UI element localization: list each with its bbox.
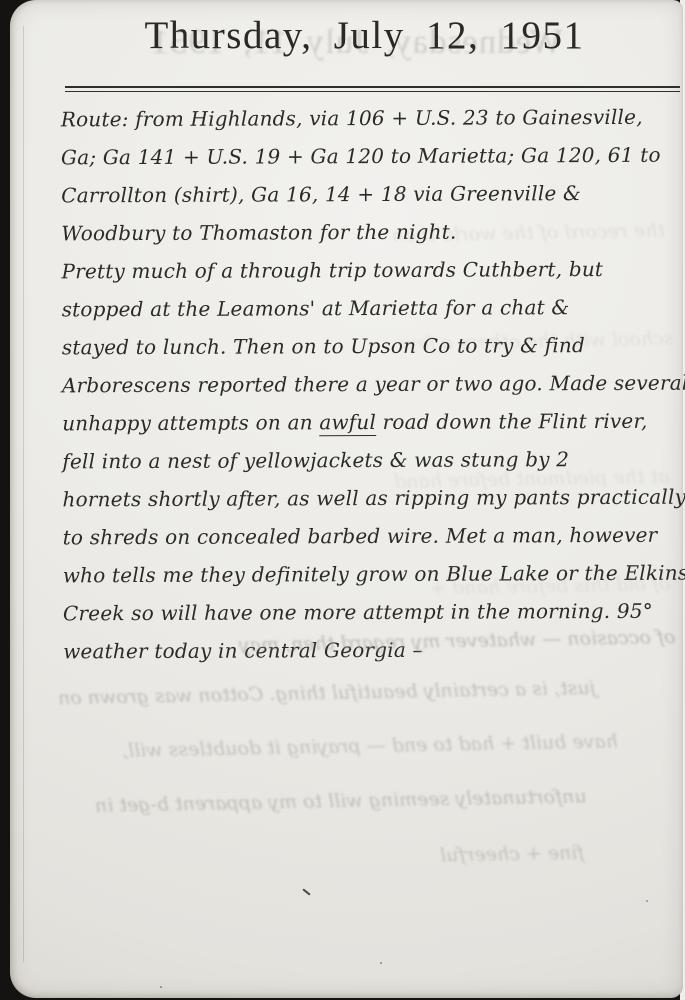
bleedthrough-line: have built + had to end — praying it dou…: [122, 730, 618, 762]
dust-speck: [646, 900, 648, 902]
diary-entry-text: Route: from Highlands, via 106 + U.S. 23…: [61, 98, 685, 671]
entry-line: stayed to lunch. Then on to Upson Co to …: [62, 326, 685, 367]
diary-page: Wednesday, July 11, 1951 Thursday, July …: [10, 0, 683, 998]
entry-line: who tells me they definitely grow on Blu…: [63, 554, 685, 595]
entry-line: fell into a nest of yellowjackets & was …: [62, 440, 685, 481]
entry-line: to shreds on concealed barbed wire. Met …: [63, 516, 685, 557]
entry-line: unhappy attempts on an awful road down t…: [62, 402, 685, 443]
scanner-background: Wednesday, July 11, 1951 Thursday, July …: [0, 0, 685, 1000]
entry-line: Arborescens reported there a year or two…: [62, 364, 685, 405]
entry-line: Creek so will have one more attempt in t…: [63, 592, 685, 633]
dust-speck: [160, 986, 162, 988]
entry-line: Route: from Highlands, via 106 + U.S. 23…: [61, 98, 685, 139]
entry-line: stopped at the Leamons' at Marietta for …: [62, 288, 685, 329]
page-title: Thursday, July 12, 1951: [10, 13, 683, 58]
entry-line: Ga; Ga 141 + U.S. 19 + Ga 120 to Mariett…: [61, 136, 685, 177]
title-divider-double-rule: [65, 86, 680, 92]
entry-line: Woodbury to Thomaston for the night.: [61, 212, 685, 253]
bleedthrough-line: just, is a certainly beautiful thing. Co…: [58, 677, 596, 709]
bleedthrough-line: fine + cheerful: [440, 842, 584, 867]
dust-speck: [380, 962, 382, 964]
ink-slash-mark: [302, 888, 310, 895]
bleedthrough-line: unfortunately seeming will to my apparen…: [95, 785, 587, 816]
entry-line: Carrollton (shirt), Ga 16, 14 + 18 via G…: [61, 174, 685, 215]
page-crease-line: [23, 26, 24, 962]
entry-line: Pretty much of a through trip towards Cu…: [61, 250, 685, 291]
entry-line: hornets shortly after, as well as rippin…: [62, 478, 685, 519]
